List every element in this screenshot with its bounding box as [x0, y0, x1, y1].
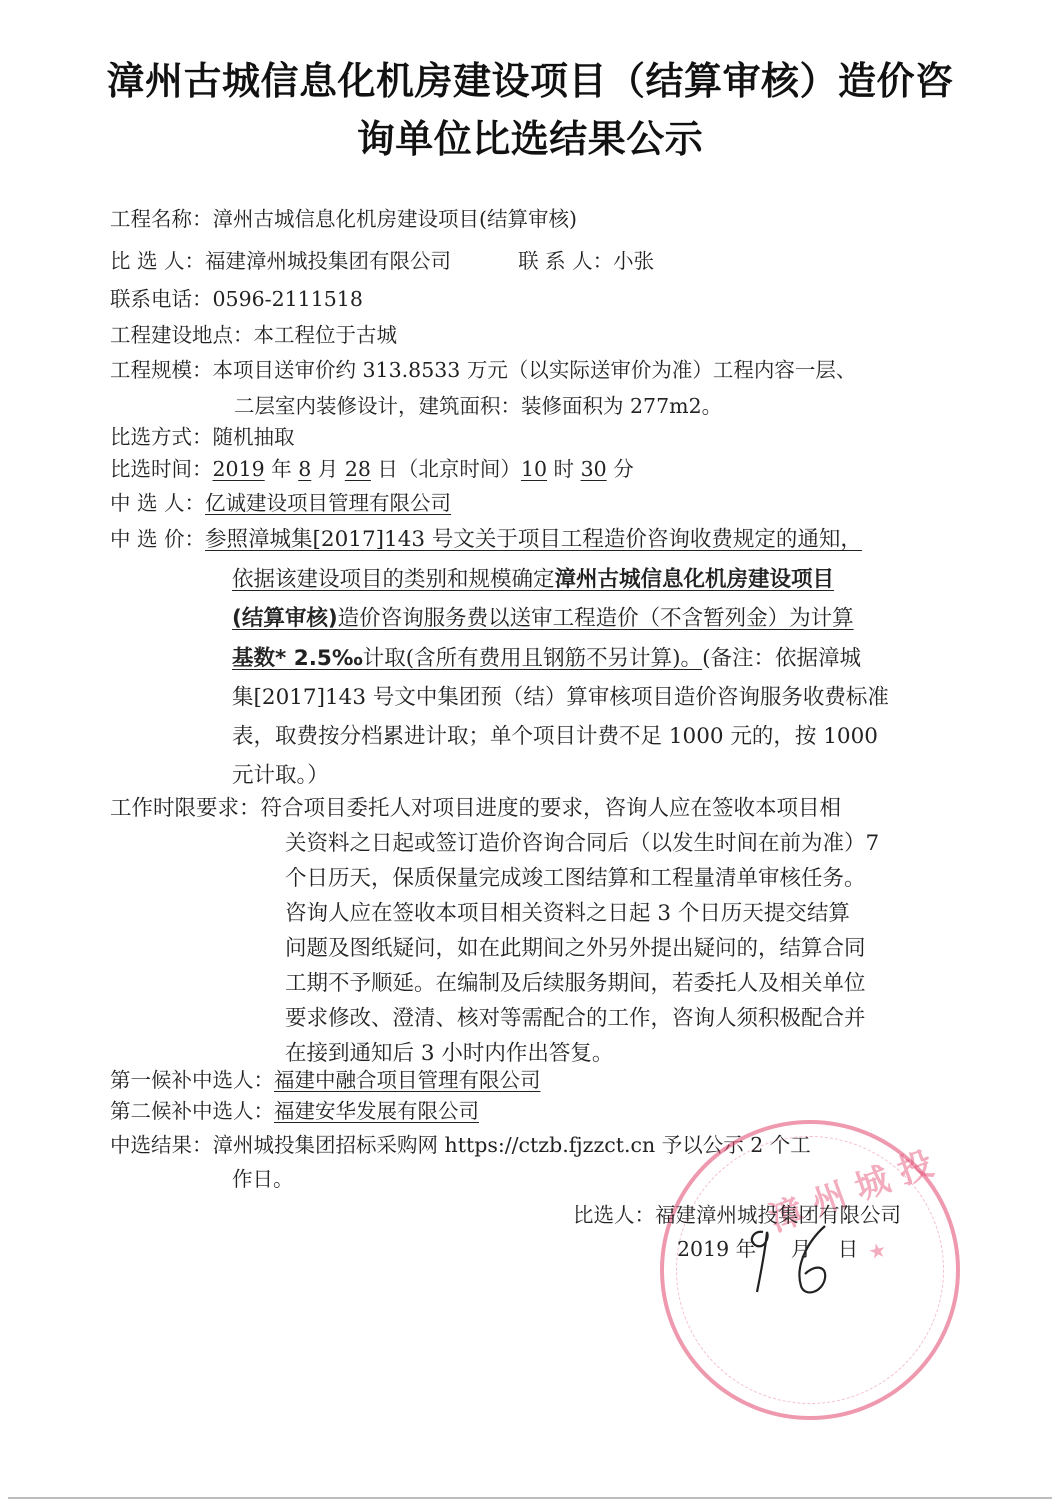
time-day: 28: [345, 457, 371, 481]
deadline-line-5: 问题及图纸疑问，如在此期间之外另外提出疑问的，结算合同: [285, 932, 866, 966]
price-line-3b: 造价咨询服务费以送审工程造价（不含暂列金）为计算: [338, 606, 854, 631]
price-line-7: 元计取。）: [232, 759, 329, 793]
time-hour: 10: [521, 457, 547, 481]
time-row: 比选时间：2019 年 8 月 28 日（北京时间）10 时 30 分: [110, 452, 634, 486]
price-line-6: 表，取费按分档累进计取；单个项目计费不足 1000 元的，按 1000: [232, 720, 878, 754]
title-line-2: 询单位比选结果公示: [60, 110, 1000, 168]
price-line-2: 依据该建设项目的类别和规模确定漳州古城信息化机房建设项目: [232, 563, 834, 597]
price-line-4a: 基数* 2.5‰: [232, 646, 363, 671]
price-line-4b: 计取(含所有费用且钢筋不另计算)。: [363, 646, 702, 671]
alternate-1-label: 第一候补中选人：: [110, 1068, 274, 1092]
scale-row: 工程规模：本项目送审价约 313.8533 万元（以实际送审价为准）工程内容一层…: [110, 353, 856, 387]
selector-value: 福建漳州城投集团有限公司: [205, 249, 451, 273]
price-line-4: 基数* 2.5‰计取(含所有费用且钢筋不另计算)。(备注：依据漳城: [232, 642, 861, 676]
location-label: 工程建设地点：: [110, 323, 254, 347]
result-label: 中选结果：: [110, 1133, 213, 1157]
method-row: 比选方式：随机抽取: [110, 420, 295, 454]
scale-line-1: 本项目送审价约 313.8533 万元（以实际送审价为准）工程内容一层、: [213, 358, 857, 382]
contact-label: 联 系 人：: [518, 249, 613, 273]
alternate-2-value: 福建安华发展有限公司: [274, 1099, 479, 1123]
scale-line-2: 二层室内装修设计，建筑面积：装修面积为 277m2。: [234, 389, 722, 423]
location-value: 本工程位于古城: [254, 323, 398, 347]
title-line-1: 漳州古城信息化机房建设项目（结算审核）造价咨: [60, 52, 1000, 110]
price-line-3: (结算审核)造价咨询服务费以送审工程造价（不含暂列金）为计算: [232, 602, 854, 636]
project-name-row: 工程名称：漳州古城信息化机房建设项目(结算审核): [110, 202, 577, 236]
time-minute: 30: [581, 457, 607, 481]
price-row: 中 选 价：参照漳城集[2017]143 号文关于项目工程造价咨询收费规定的通知…: [110, 522, 862, 557]
time-day-unit: 日（北京时间）: [371, 457, 521, 481]
price-line-1: 参照漳城集[2017]143 号文关于项目工程造价咨询收费规定的通知，: [205, 527, 862, 552]
method-value: 随机抽取: [213, 425, 295, 449]
location-row: 工程建设地点：本工程位于古城: [110, 318, 397, 352]
deadline-line-4: 咨询人应在签收本项目相关资料之日起 3 个日历天提交结算: [285, 897, 850, 931]
price-line-4c: (备注：依据漳城: [702, 646, 861, 671]
selector-label: 比 选 人：: [110, 249, 205, 273]
alternate-1-value: 福建中融合项目管理有限公司: [274, 1068, 541, 1092]
alternate-2-label: 第二候补中选人：: [110, 1099, 274, 1123]
page-bottom-edge: [8, 1497, 1052, 1499]
price-label: 中 选 价：: [110, 527, 205, 551]
document-title: 漳州古城信息化机房建设项目（结算审核）造价咨 询单位比选结果公示: [60, 52, 1000, 168]
deadline-row: 工作时限要求：符合项目委托人对项目进度的要求，咨询人应在签收本项目相: [110, 792, 841, 826]
price-line-2b: 漳州古城信息化机房建设项目: [555, 567, 835, 592]
result-row: 中选结果：漳州城投集团招标采购网 https://ctzb.fjzzct.cn …: [110, 1128, 811, 1162]
time-month-unit: 月: [311, 457, 345, 481]
winner-label: 中 选 人：: [110, 491, 205, 515]
time-minute-unit: 分: [607, 457, 634, 481]
deadline-label: 工作时限要求：: [110, 796, 261, 821]
result-line-2: 作日。: [232, 1162, 294, 1196]
phone-value: 0596-2111518: [213, 287, 363, 311]
deadline-line-2: 关资料之日起或签订造价咨询合同后（以发生时间在前为准）7: [285, 827, 879, 861]
phone-row: 联系电话：0596-2111518: [110, 282, 363, 316]
project-name-label: 工程名称：: [110, 202, 213, 236]
alternate-2-row: 第二候补中选人：福建安华发展有限公司: [110, 1094, 479, 1128]
selector-row: 比 选 人：福建漳州城投集团有限公司 联 系 人：小张: [110, 244, 654, 278]
deadline-line-7: 要求修改、澄清、核对等需配合的工作，咨询人须积极配合并: [285, 1002, 866, 1036]
price-line-3a: (结算审核): [232, 606, 338, 631]
scale-label: 工程规模：: [110, 358, 213, 382]
time-label: 比选时间：: [110, 457, 213, 481]
deadline-line-6: 工期不予顺延。在编制及后续服务期间，若委托人及相关单位: [285, 967, 866, 1001]
price-line-2a: 依据该建设项目的类别和规模确定: [232, 567, 555, 592]
alternate-1-row: 第一候补中选人：福建中融合项目管理有限公司: [110, 1063, 541, 1097]
winner-value: 亿诚建设项目管理有限公司: [205, 491, 451, 515]
time-month: 8: [298, 457, 311, 481]
price-line-5: 集[2017]143 号文中集团预（结）算审核项目造价咨询服务收费标准: [232, 681, 889, 715]
handwritten-date-icon: [735, 1222, 845, 1302]
deadline-line-3: 个日历天，保质保量完成竣工图结算和工程量清单审核任务。: [285, 862, 866, 896]
contact-value: 小张: [613, 249, 654, 273]
deadline-line-1: 符合项目委托人对项目进度的要求，咨询人应在签收本项目相: [261, 796, 842, 821]
project-name-value: 漳州古城信息化机房建设项目(结算审核): [213, 207, 578, 231]
phone-label: 联系电话：: [110, 287, 213, 311]
time-year-unit: 年: [265, 457, 299, 481]
method-label: 比选方式：: [110, 425, 213, 449]
winner-row: 中 选 人：亿诚建设项目管理有限公司: [110, 486, 451, 520]
time-hour-unit: 时: [547, 457, 581, 481]
time-year: 2019: [213, 457, 265, 481]
